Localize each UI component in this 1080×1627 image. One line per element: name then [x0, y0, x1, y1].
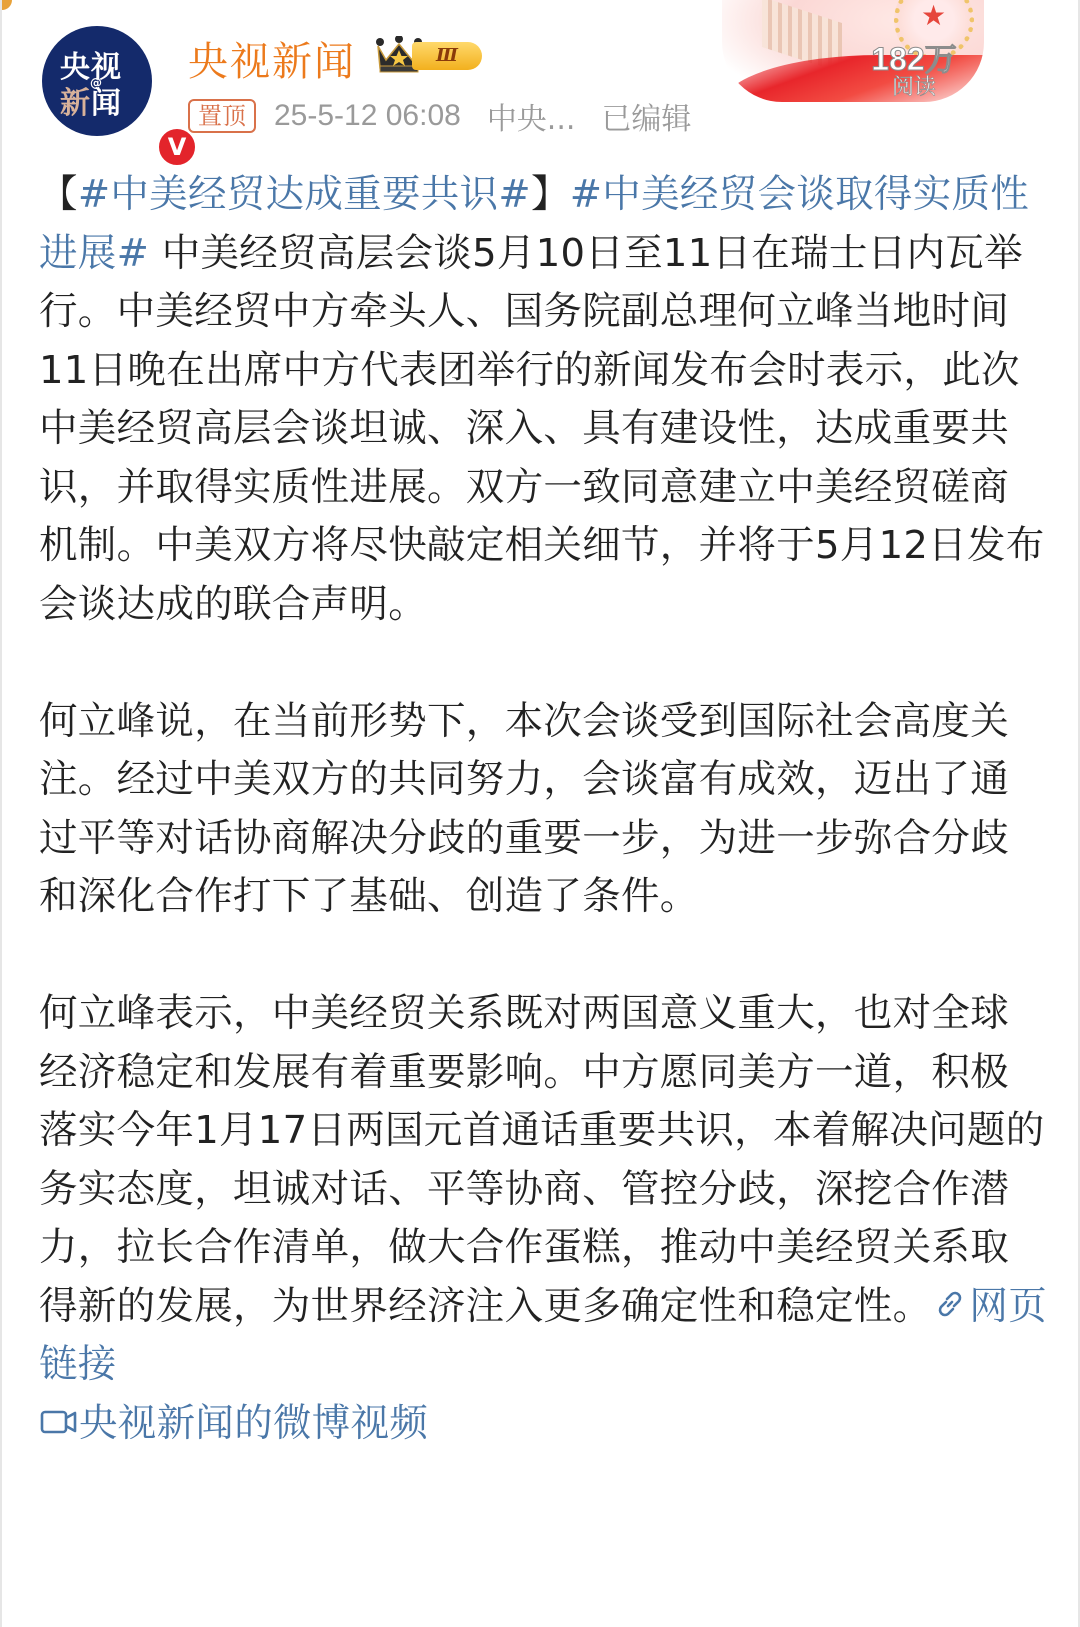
bracket-close: 】	[531, 172, 570, 217]
paragraph-gap	[39, 634, 1047, 693]
paragraph-2: 何立峰说，在当前形势下，本次会谈受到国际社会高度关注。经过中美双方的共同努力，会…	[39, 693, 1047, 927]
avatar-char-wen: 闻	[91, 86, 122, 121]
read-count-label: 阅读	[864, 76, 964, 100]
level-badge[interactable]: Ⅲ	[374, 36, 486, 74]
avatar[interactable]: 央视 新闻 @ V	[42, 26, 152, 136]
read-count: 182万 阅读	[864, 42, 964, 100]
video-link[interactable]: 央视新闻的微博视频	[39, 1401, 428, 1446]
bracket-open: 【	[39, 172, 78, 217]
post-header: 央视 新闻 @ V 央视新闻 Ⅲ 置顶 25-5-12 06:08 中央... …	[2, 0, 1080, 150]
post-card: 央视 新闻 @ V 央视新闻 Ⅲ 置顶 25-5-12 06:08 中央... …	[0, 0, 1080, 1627]
paragraph-1: 【#中美经贸达成重要共识#】#中美经贸会谈取得实质性进展# 中美经贸高层会谈5月…	[39, 166, 1047, 634]
level-number: Ⅲ	[412, 42, 482, 70]
avatar-char-xin: 新	[60, 86, 91, 121]
video-icon	[39, 1402, 79, 1440]
post-body: 【#中美经贸达成重要共识#】#中美经贸会谈取得实质性进展# 中美经贸高层会谈5月…	[39, 166, 1047, 1453]
paragraph-2-text: 何立峰说，在当前形势下，本次会谈受到国际社会高度关注。经过中美双方的共同努力，会…	[39, 699, 1009, 920]
avatar-at-symbol: @	[90, 76, 102, 90]
link-icon	[931, 1285, 969, 1323]
author-name[interactable]: 央视新闻	[188, 30, 356, 87]
video-link-label: 央视新闻的微博视频	[79, 1401, 428, 1446]
read-count-number: 182万	[864, 42, 964, 76]
topic-link-1[interactable]: #中美经贸达成重要共识#	[78, 172, 531, 217]
post-timestamp[interactable]: 25-5-12 06:08	[274, 99, 461, 133]
post-meta: 置顶 25-5-12 06:08 中央... 已编辑	[188, 98, 691, 134]
paragraph-1-text: 中美经贸高层会谈5月10日至11日在瑞士日内瓦举行。中美经贸中方牵头人、国务院副…	[39, 231, 1045, 627]
paragraph-gap	[39, 927, 1047, 986]
post-source: 中央...	[487, 94, 576, 138]
pinned-badge: 置顶	[188, 99, 256, 133]
paragraph-3: 何立峰表示，中美经贸关系既对两国意义重大，也对全球经济稳定和发展有着重要影响。中…	[39, 985, 1047, 1453]
edited-label[interactable]: 已编辑	[601, 94, 691, 138]
paragraph-3-text: 何立峰表示，中美经贸关系既对两国意义重大，也对全球经济稳定和发展有着重要影响。中…	[39, 991, 1045, 1329]
